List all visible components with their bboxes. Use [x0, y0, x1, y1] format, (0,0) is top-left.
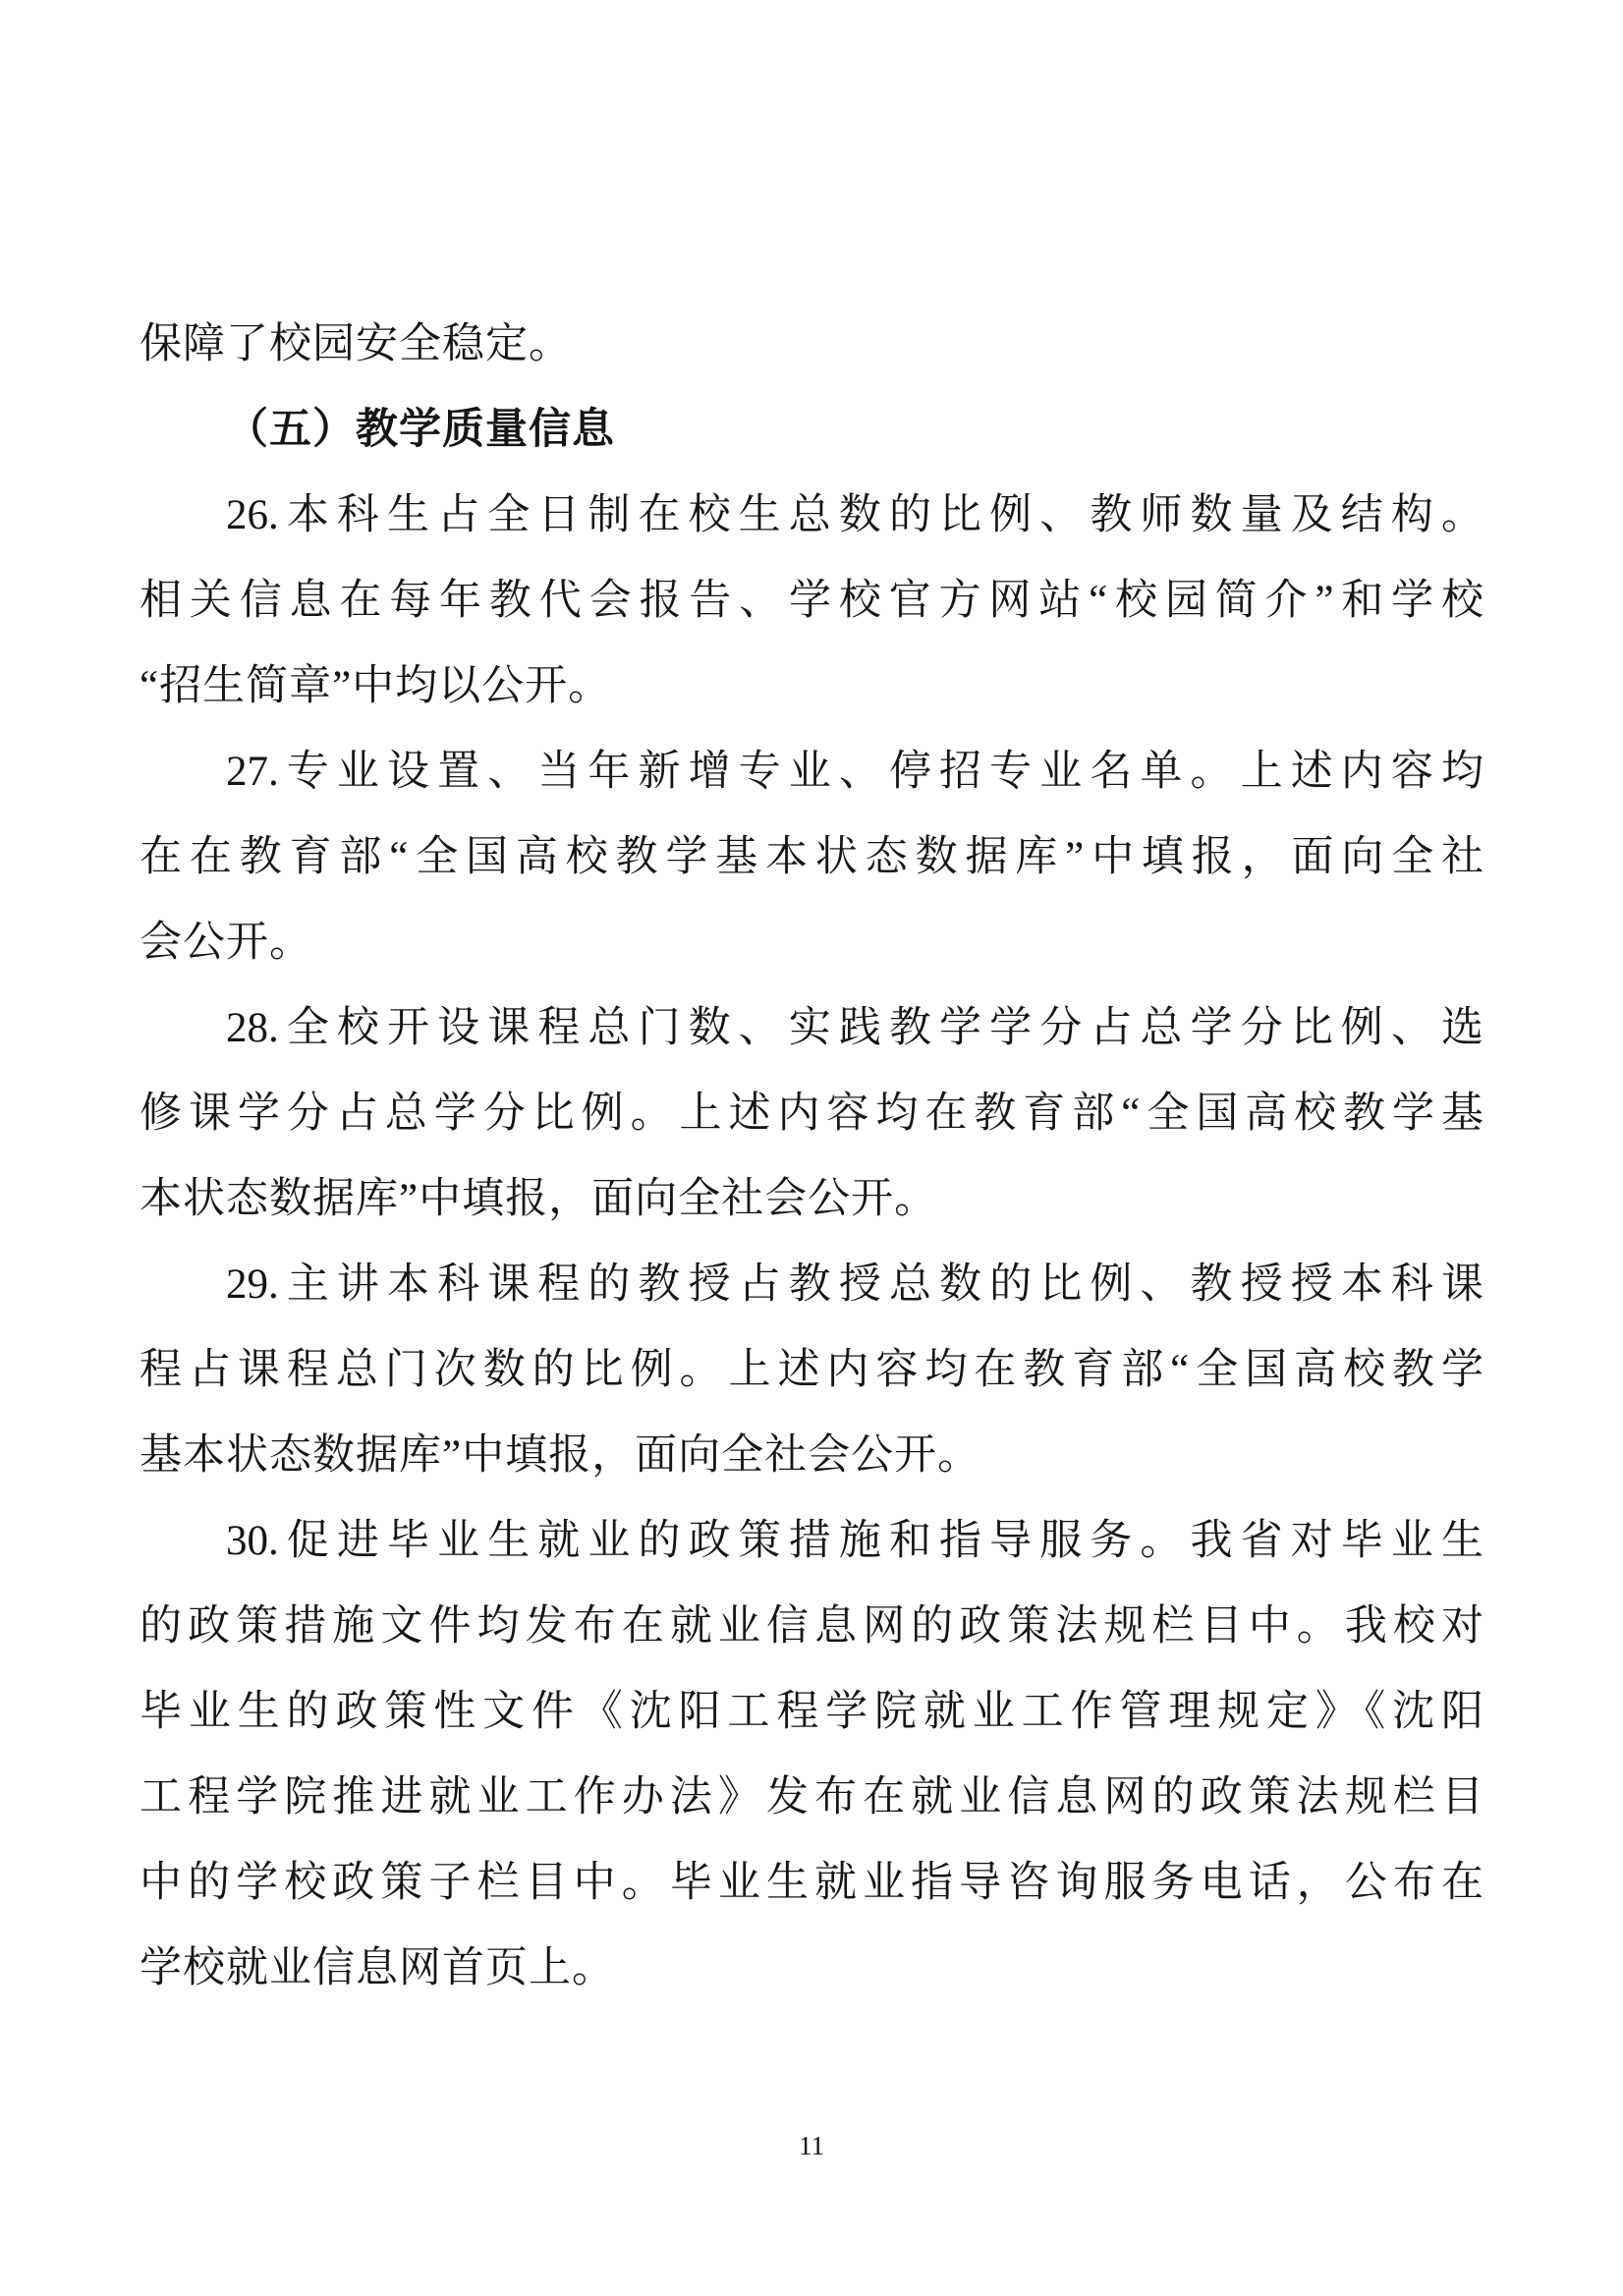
text-line: 修课学分占总学分比例。上述内容均在教育部“全国高校教学基	[140, 1071, 1483, 1156]
text-line-item-26: 26.本科生占全日制在校生总数的比例、教师数量及结构。	[140, 473, 1483, 558]
text-line-item-30: 30.促进毕业生就业的政策措施和指导服务。我省对毕业生	[140, 1498, 1483, 1584]
text-line: 中的学校政策子栏目中。毕业生就业指导咨询服务电话，公布在	[140, 1840, 1483, 1926]
text-line: “招生简章”中均以公开。	[140, 644, 1483, 729]
text-line: 相关信息在每年教代会报告、学校官方网站“校园简介”和学校	[140, 558, 1483, 644]
text-line: 会公开。	[140, 900, 1483, 985]
text-line: 毕业生的政策性文件《沈阳工程学院就业工作管理规定》《沈阳	[140, 1669, 1483, 1755]
page-number: 11	[0, 2126, 1623, 2165]
text-line: 的政策措施文件均发布在就业信息网的政策法规栏目中。我校对	[140, 1584, 1483, 1669]
text-line-item-29: 29.主讲本科课程的教授占教授总数的比例、教授授本科课	[140, 1242, 1483, 1327]
text-line-item-27: 27.专业设置、当年新增专业、停招专业名单。上述内容均	[140, 729, 1483, 814]
section-heading: （五）教学质量信息	[140, 387, 1483, 473]
text-line-item-28: 28.全校开设课程总门数、实践教学学分占总学分比例、选	[140, 985, 1483, 1071]
text-line: 保障了校园安全稳定。	[140, 302, 1483, 387]
text-line: 工程学院推进就业工作办法》发布在就业信息网的政策法规栏目	[140, 1755, 1483, 1840]
text-line: 基本状态数据库”中填报，面向全社会公开。	[140, 1413, 1483, 1498]
document-page: 保障了校园安全稳定。 （五）教学质量信息 26.本科生占全日制在校生总数的比例、…	[0, 0, 1623, 2296]
text-line: 程占课程总门次数的比例。上述内容均在教育部“全国高校教学	[140, 1327, 1483, 1413]
text-line: 学校就业信息网首页上。	[140, 1926, 1483, 2011]
text-line: 在在教育部“全国高校教学基本状态数据库”中填报，面向全社	[140, 814, 1483, 900]
text-line: 本状态数据库”中填报，面向全社会公开。	[140, 1156, 1483, 1242]
document-body: 保障了校园安全稳定。 （五）教学质量信息 26.本科生占全日制在校生总数的比例、…	[140, 302, 1483, 2011]
